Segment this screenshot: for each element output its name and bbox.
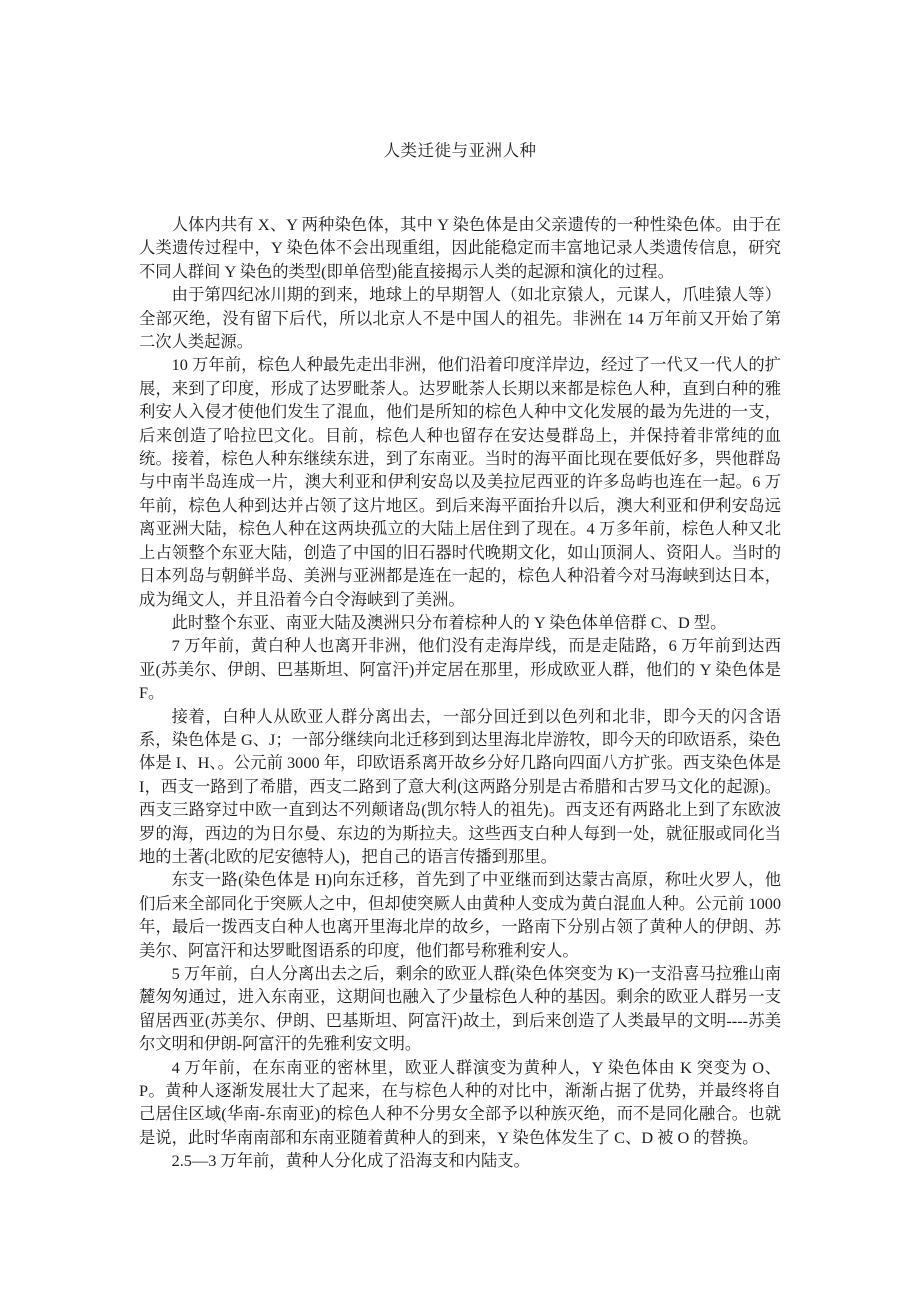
paragraph: 人体内共有 X、Y 两种染色体，其中 Y 染色体是由父亲遗传的一种性染色体。由于…	[139, 213, 781, 283]
document-body: 人体内共有 X、Y 两种染色体，其中 Y 染色体是由父亲遗传的一种性染色体。由于…	[139, 213, 781, 1173]
paragraph: 此时整个东亚、南亚大陆及澳洲只分布着棕种人的 Y 染色体单倍群 C、D 型。	[139, 611, 781, 634]
paragraph: 2.5—3 万年前，黄种人分化成了沿海支和内陆支。	[139, 1149, 781, 1172]
paragraph: 4 万年前，在东南亚的密林里，欧亚人群演变为黄种人，Y 染色体由 K 突变为 O…	[139, 1056, 781, 1150]
paragraph: 由于第四纪冰川期的到来，地球上的早期智人（如北京猿人，元谋人，爪哇猿人等）全部灭…	[139, 283, 781, 353]
paragraph: 5 万年前，白人分离出去之后，剩余的欧亚人群(染色体突变为 K)一支沿喜马拉雅山…	[139, 962, 781, 1056]
paragraph: 接着，白种人从欧亚人群分离出去，一部分回迁到以色列和北非，即今天的闪含语系，染色…	[139, 705, 781, 869]
document-page: 人类迁徙与亚洲人种 人体内共有 X、Y 两种染色体，其中 Y 染色体是由父亲遗传…	[0, 0, 920, 1302]
paragraph: 7 万年前，黄白种人也离开非洲，他们没有走海岸线，而是走陆路，6 万年前到达西亚…	[139, 634, 781, 704]
document-title: 人类迁徙与亚洲人种	[139, 139, 781, 162]
paragraph: 东支一路(染色体是 H)向东迁移，首先到了中亚继而到达蒙古高原，称吐火罗人，他们…	[139, 868, 781, 962]
paragraph: 10 万年前，棕色人种最先走出非洲，他们沿着印度洋岸边，经过了一代又一代人的扩展…	[139, 353, 781, 610]
